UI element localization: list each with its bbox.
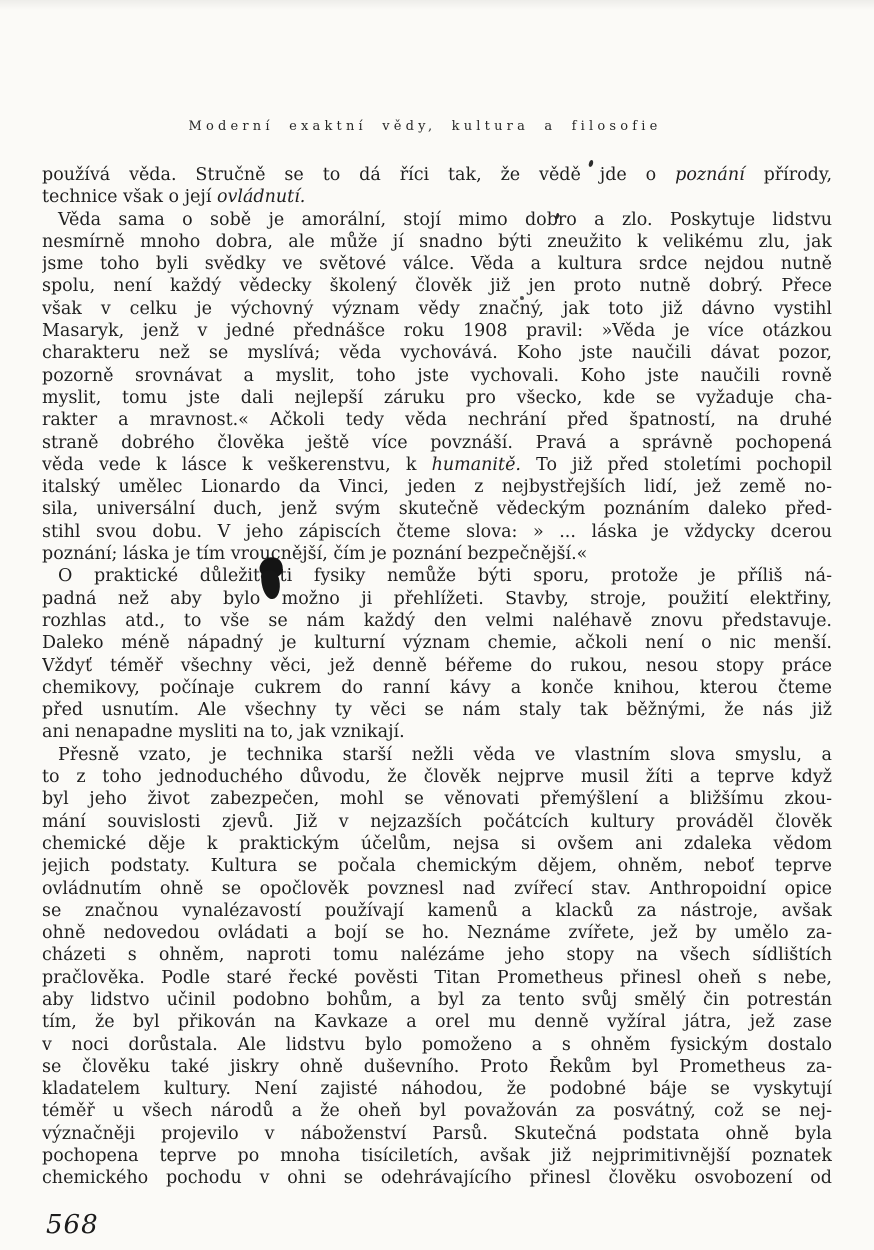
text-line: kladatelem kultury. Není zajisté náhodou… — [42, 1078, 832, 1100]
text-line: straně dobrého člověka ještě více povzná… — [42, 432, 832, 454]
text-line: rakter a mravnost.« Ačkoli tedy věda nec… — [42, 409, 832, 431]
text-line: italský umělec Lionardo da Vinci, jeden … — [42, 476, 832, 498]
text-line: to z toho jednoduchého důvodu, že člověk… — [42, 766, 832, 788]
text-line: v noci dorůstala. Ale lidstvu bylo pomož… — [42, 1034, 832, 1056]
text-line: byl jeho život zabezpečen, mohl se věnov… — [42, 788, 832, 810]
text-line: chemikovy, počínaje cukrem do ranní kávy… — [42, 677, 832, 699]
text-line: se značnou vynalézavostí používají kamen… — [42, 900, 832, 922]
text-line: Přesně vzato, je technika starší nežli v… — [42, 744, 832, 766]
text-line: tím, že byl přikován na Kavkaze a orel m… — [42, 1011, 832, 1033]
text-line: ohně nedovedou ovládati a bojí se ho. Ne… — [42, 922, 832, 944]
text-line: myslit, tomu jste dali nejlepší záruku p… — [42, 387, 832, 409]
text-line: jsme toho byli svědky ve světové válce. … — [42, 253, 832, 275]
page-number: 568 — [46, 1210, 99, 1240]
text-line: chemického pochodu v ohni se odehrávajíc… — [42, 1167, 832, 1189]
text-line: téměř u všech národů a že oheň byl považ… — [42, 1100, 832, 1122]
text-line: pochopena teprve po mnoha tisíciletích, … — [42, 1145, 832, 1167]
text-line: cházeti s ohněm, naproti tomu nalézáme j… — [42, 944, 832, 966]
text-line: ani nenapadne mysliti na to, jak vznikaj… — [42, 721, 832, 743]
text-line: poznání; láska je tím vroucnější, čím je… — [42, 543, 832, 565]
text-line: ovládnutím ohně se opočlověk povznesl na… — [42, 878, 832, 900]
text-line: Daleko méně nápadný je kulturní význam c… — [42, 632, 832, 654]
text-line: sila, universální duch, jenž svým skuteč… — [42, 498, 832, 520]
text-line: jejich podstaty. Kultura se počala chemi… — [42, 855, 832, 877]
text-line: nesmírně mnoho dobra, ale může jí snadno… — [42, 231, 832, 253]
text-line: však v celku je výchovný význam vědy zna… — [42, 298, 832, 320]
text-line: Vždyť téměř všechny věci, jež denně béře… — [42, 655, 832, 677]
text-line: technice však o její ovládnutí. — [42, 186, 832, 208]
text-line: význačněji projevilo v náboženství Parsů… — [42, 1123, 832, 1145]
text-line: pračlověka. Podle staré řecké pověsti Ti… — [42, 967, 832, 989]
scan-edge-noise — [0, 0, 874, 10]
text-line: charakteru než se myslívá; věda vychováv… — [42, 342, 832, 364]
text-line: padná než aby bylo možno ji přehlížeti. … — [42, 588, 832, 610]
text-line: O praktické důležitosti fysiky nemůže bý… — [42, 565, 832, 587]
text-line: Věda sama o sobě je amorální, stojí mimo… — [42, 209, 832, 231]
text-line: aby lidstvo učinil podobno bohům, a byl … — [42, 989, 832, 1011]
text-line: chemické děje k praktickým účelům, nejsa… — [42, 833, 832, 855]
text-line: stihl svou dobu. V jeho zápiscích čteme … — [42, 521, 832, 543]
text-line: používá věda. Stručně se to dá říci tak,… — [42, 164, 832, 186]
text-line: spolu, není každý vědecky školený člověk… — [42, 275, 832, 297]
text-line: pozorně srovnávat a myslit, toho jste vy… — [42, 365, 832, 387]
text-line: rozhlas atd., to vše se nám každý den ve… — [42, 610, 832, 632]
text-line: Masaryk, jenž v jedné přednášce roku 190… — [42, 320, 832, 342]
text-line: se člověku také jiskry ohně duševního. P… — [42, 1056, 832, 1078]
page-body: používá věda. Stručně se to dá říci tak,… — [42, 164, 832, 1190]
scanned-book-page: Moderní exaktní vědy, kultura a filosofi… — [0, 0, 874, 1250]
text-line: před usnutím. Ale všechny ty věci se nám… — [42, 699, 832, 721]
text-line: mání souvislosti zjevů. Již v nejzazších… — [42, 811, 832, 833]
running-header: Moderní exaktní vědy, kultura a filosofi… — [45, 119, 805, 134]
text-line: věda vede k lásce k veškerenstvu, k huma… — [42, 454, 832, 476]
